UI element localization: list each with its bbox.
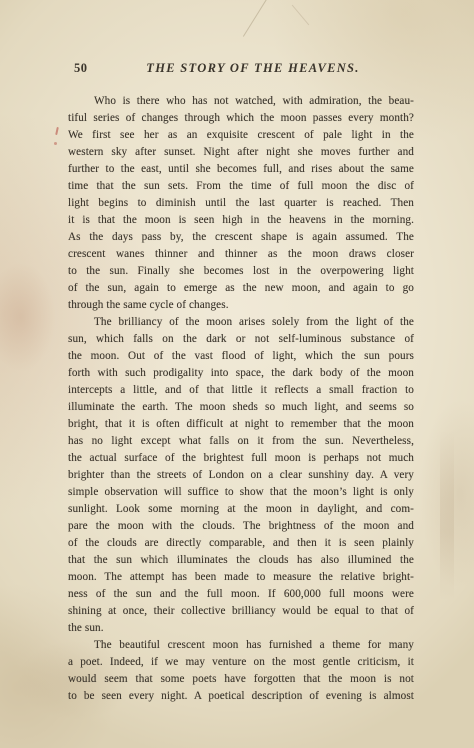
text-line: shining at once, their collective brilli… bbox=[68, 603, 414, 620]
text-line: the moon. Out of the vast flood of light… bbox=[68, 348, 414, 365]
text-line: We first see her as an exquisite crescen… bbox=[68, 127, 414, 144]
text-line: forth with such prodigality into space, … bbox=[68, 365, 414, 382]
text-line: The beautiful crescent moon has furnishe… bbox=[68, 637, 414, 654]
text-line: western sky after sunset. Night after ni… bbox=[68, 144, 414, 161]
page-number: 50 bbox=[74, 61, 88, 76]
pen-mark bbox=[55, 127, 59, 135]
paragraph: The beautiful crescent moon has furnishe… bbox=[68, 637, 414, 705]
text-line: intercepts a little, and of that little … bbox=[68, 382, 414, 399]
text-line: further to the east, until she becomes f… bbox=[68, 161, 414, 178]
text-line: sun, which falls on the dark or not self… bbox=[68, 331, 414, 348]
text-line: brighter than the streets of London on a… bbox=[68, 467, 414, 484]
paper-stain bbox=[440, 430, 454, 600]
text-line: the sun. bbox=[68, 620, 414, 637]
paragraph: Who is there who has not watched, with a… bbox=[68, 93, 414, 314]
text-line: The brilliancy of the moon arises solely… bbox=[68, 314, 414, 331]
text-line: pare the moon with the clouds. The brigh… bbox=[68, 518, 414, 535]
paragraph: The brilliancy of the moon arises solely… bbox=[68, 314, 414, 637]
text-line: crescent wanes thinner and thinner as th… bbox=[68, 246, 414, 263]
text-line: has no light except what falls on it fro… bbox=[68, 433, 414, 450]
paper-stain bbox=[0, 262, 56, 372]
text-line: to the sun. Finally she becomes lost in … bbox=[68, 263, 414, 280]
page-header: 50 THE STORY OF THE HEAVENS. bbox=[68, 61, 416, 77]
text-line: to be seen every night. A poetical descr… bbox=[68, 688, 414, 705]
text-line: illuminate the earth. The moon sheds so … bbox=[68, 399, 414, 416]
text-line: of the clouds are directly comparable, a… bbox=[68, 535, 414, 552]
text-line: light begins to diminish until the last … bbox=[68, 195, 414, 212]
text-line: would seem that some poets have forgotte… bbox=[68, 671, 414, 688]
text-line: time that the sun sets. From the time of… bbox=[68, 178, 414, 195]
text-line: simple observation will suffice to show … bbox=[68, 484, 414, 501]
text-line: ness of the sun and the full moon. If 60… bbox=[68, 586, 414, 603]
paper-crease bbox=[292, 5, 309, 26]
text-line: bright, that it is often difficult at ni… bbox=[68, 416, 414, 433]
body-text: Who is there who has not watched, with a… bbox=[68, 93, 414, 705]
running-title: THE STORY OF THE HEAVENS. bbox=[90, 61, 416, 76]
pen-mark bbox=[54, 142, 57, 145]
text-line: a poet. Indeed, if we may venture on the… bbox=[68, 654, 414, 671]
text-line: Who is there who has not watched, with a… bbox=[68, 93, 414, 110]
text-line: through the same cycle of changes. bbox=[68, 297, 414, 314]
text-line: sunlight. Look some morning at the moon … bbox=[68, 501, 414, 518]
book-page: 50 THE STORY OF THE HEAVENS. Who is ther… bbox=[0, 0, 474, 748]
text-line: the actual surface of the brightest full… bbox=[68, 450, 414, 467]
text-line: As the days pass by, the crescent shape … bbox=[68, 229, 414, 246]
paper-crease bbox=[243, 0, 268, 37]
text-line: tiful series of changes through which th… bbox=[68, 110, 414, 127]
text-line: of the sun, again to emerge as the new m… bbox=[68, 280, 414, 297]
text-line: moon. The attempt has been made to measu… bbox=[68, 569, 414, 586]
text-line: it is that the moon is seen high in the … bbox=[68, 212, 414, 229]
text-line: that the sun which illuminates the cloud… bbox=[68, 552, 414, 569]
